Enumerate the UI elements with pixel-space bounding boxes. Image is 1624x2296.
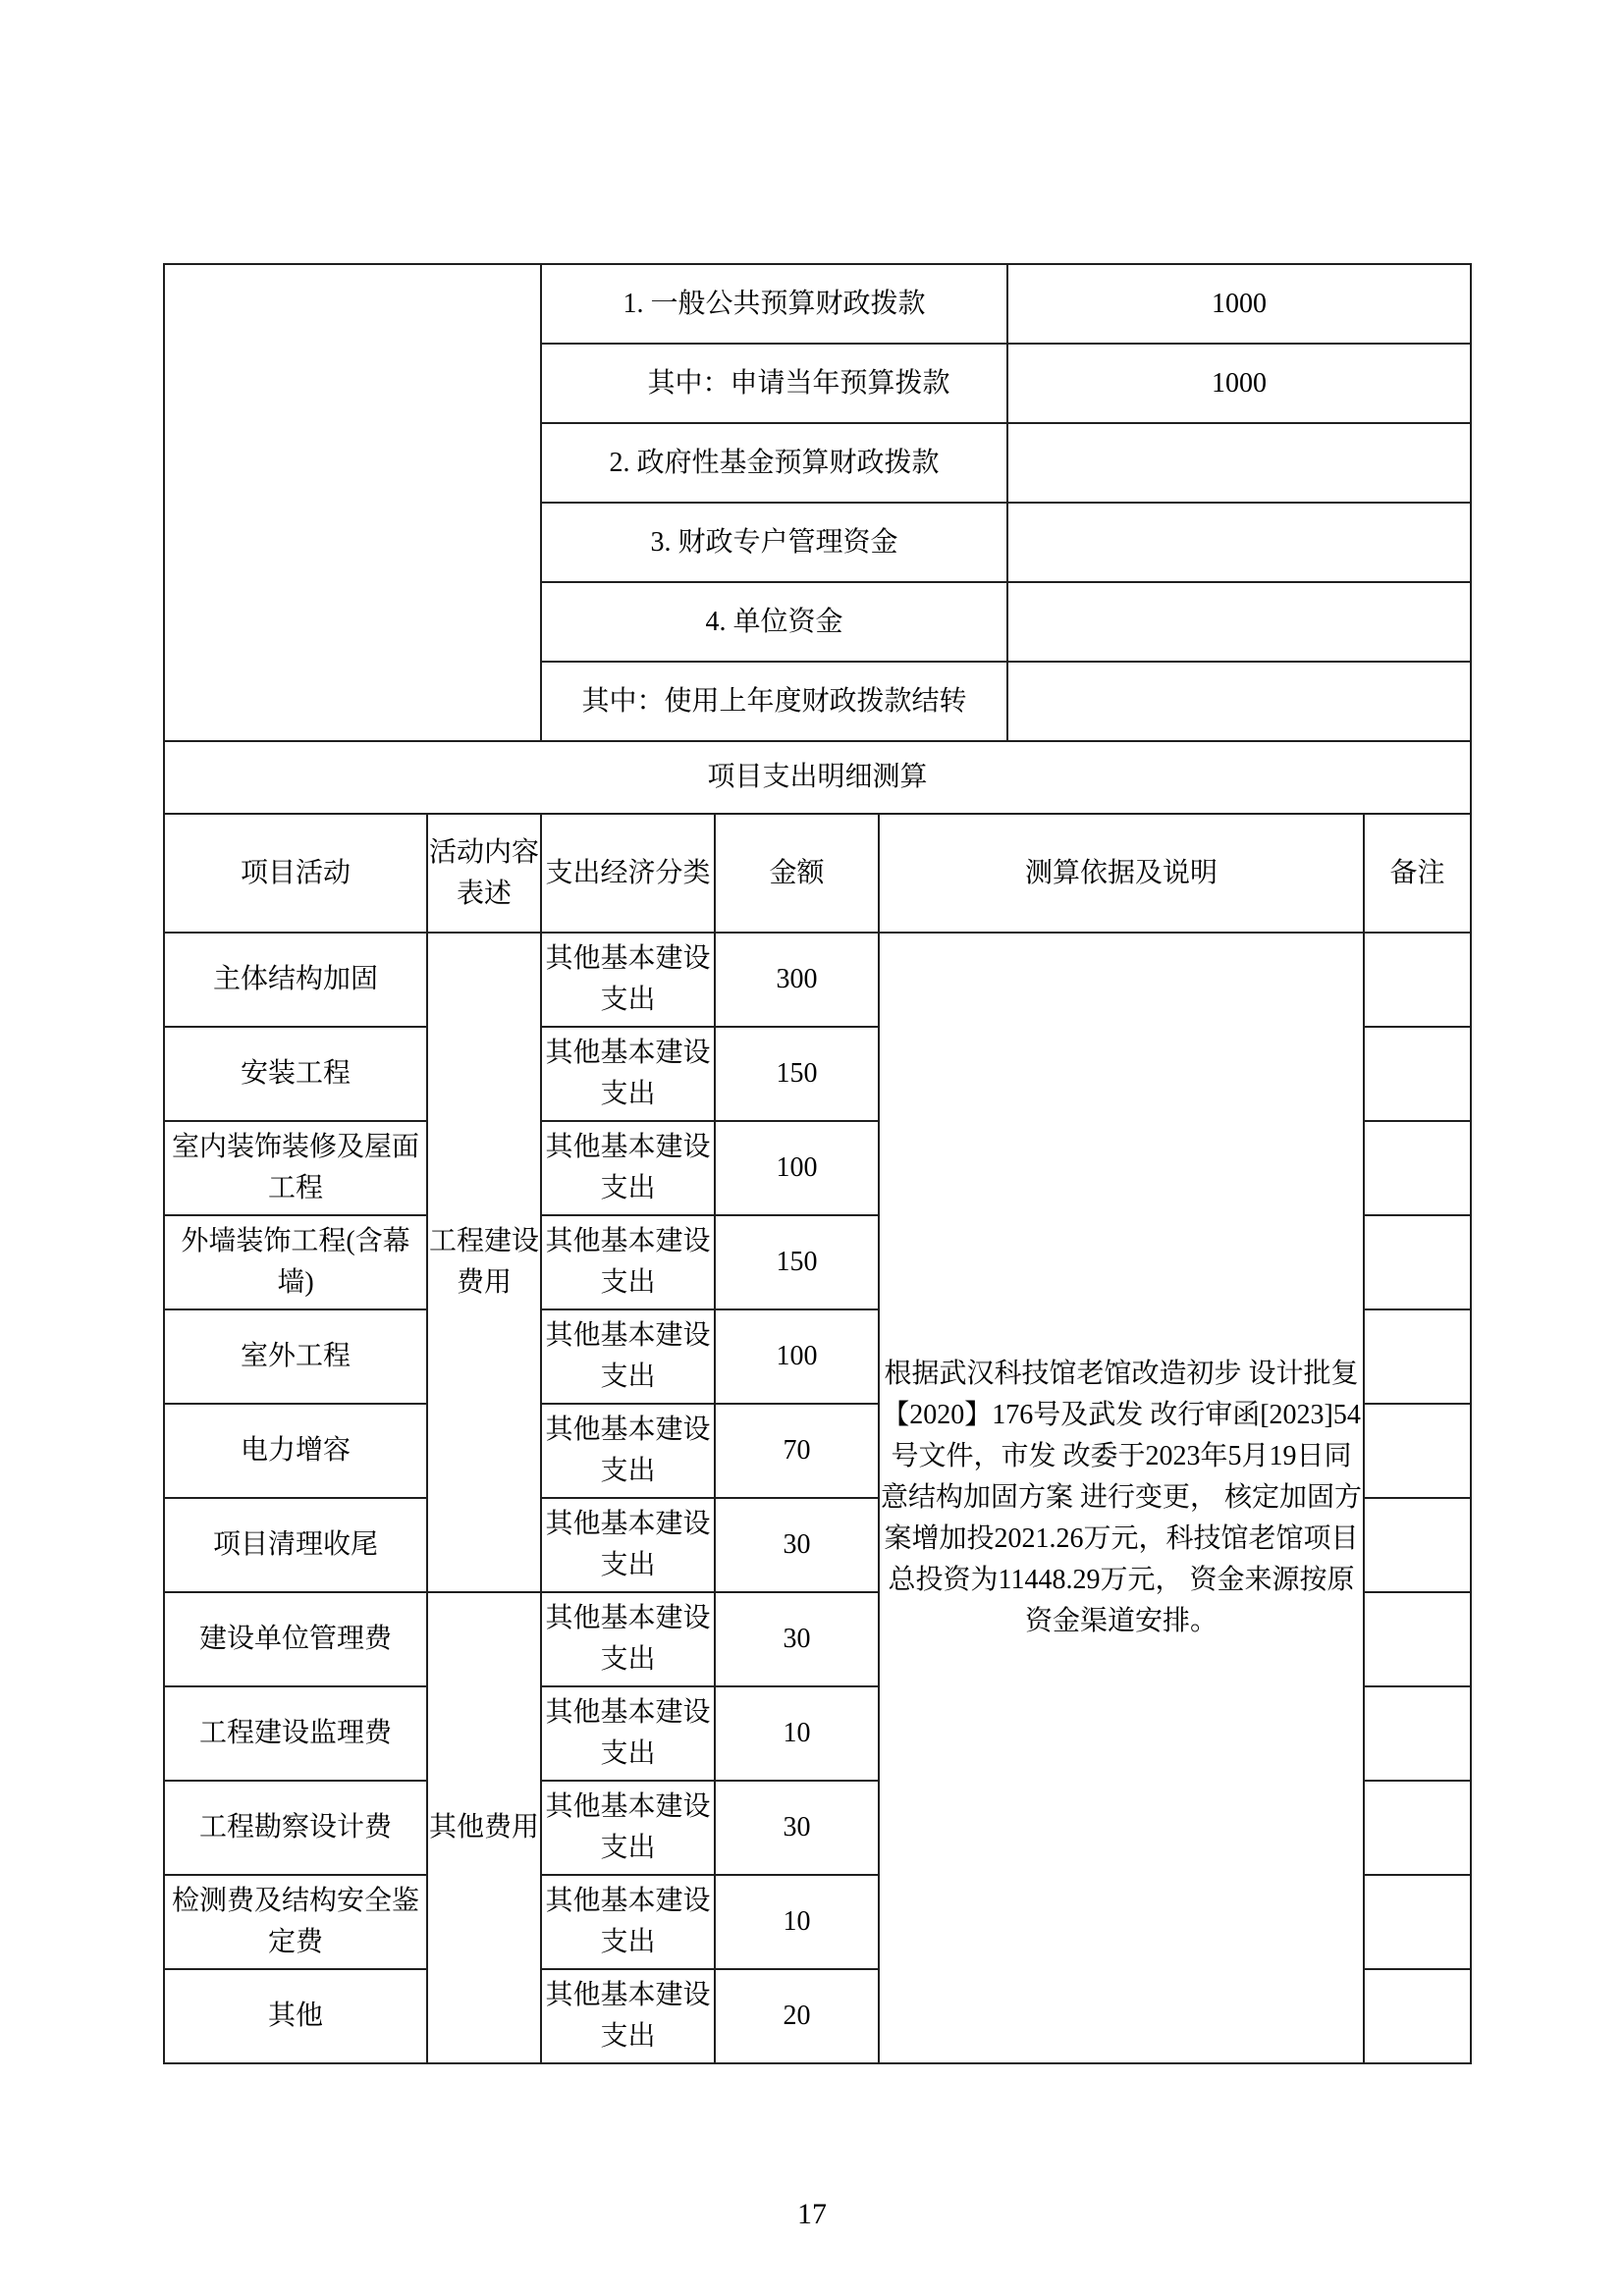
funding-label: 2. 政府性基金预算财政拨款: [541, 423, 1007, 503]
amount-cell: 30: [715, 1781, 879, 1875]
remark-cell: [1364, 1781, 1471, 1875]
column-header-econ-class: 支出经济分类: [541, 814, 715, 933]
activity-cell: 外墙装饰工程(含幕墙): [164, 1215, 427, 1309]
activity-cell: 安装工程: [164, 1027, 427, 1121]
funding-value: [1007, 662, 1471, 741]
funding-value: 1000: [1007, 264, 1471, 344]
amount-cell: 10: [715, 1686, 879, 1781]
econ-class-cell: 其他基本建设支出: [541, 1215, 715, 1309]
section-title: 项目支出明细测算: [164, 741, 1471, 814]
funding-value: [1007, 423, 1471, 503]
econ-class-cell: 其他基本建设支出: [541, 1875, 715, 1969]
column-header-remark: 备注: [1364, 814, 1471, 933]
econ-class-cell: 其他基本建设支出: [541, 1592, 715, 1686]
funding-label: 4. 单位资金: [541, 582, 1007, 662]
amount-cell: 100: [715, 1309, 879, 1404]
column-header-content: 活动内容表述: [427, 814, 541, 933]
amount-cell: 100: [715, 1121, 879, 1215]
funding-value: [1007, 582, 1471, 662]
econ-class-cell: 其他基本建设支出: [541, 1027, 715, 1121]
remark-cell: [1364, 1215, 1471, 1309]
remark-cell: [1364, 1686, 1471, 1781]
remark-cell: [1364, 1121, 1471, 1215]
econ-class-cell: 其他基本建设支出: [541, 1498, 715, 1592]
activity-cell: 主体结构加固: [164, 933, 427, 1027]
remark-cell: [1364, 1592, 1471, 1686]
remark-cell: [1364, 933, 1471, 1027]
amount-cell: 10: [715, 1875, 879, 1969]
econ-class-cell: 其他基本建设支出: [541, 1781, 715, 1875]
remark-cell: [1364, 1498, 1471, 1592]
amount-cell: 70: [715, 1404, 879, 1498]
funding-value: [1007, 503, 1471, 582]
econ-class-cell: 其他基本建设支出: [541, 933, 715, 1027]
remark-cell: [1364, 1404, 1471, 1498]
column-header-basis: 测算依据及说明: [879, 814, 1364, 933]
section-header-row: 项目支出明细测算: [164, 741, 1471, 814]
econ-class-cell: 其他基本建设支出: [541, 1309, 715, 1404]
funding-row: 1. 一般公共预算财政拨款 1000: [164, 264, 1471, 344]
remark-cell: [1364, 1969, 1471, 2063]
funding-value: 1000: [1007, 344, 1471, 423]
remark-cell: [1364, 1875, 1471, 1969]
econ-class-cell: 其他基本建设支出: [541, 1969, 715, 2063]
column-header-row: 项目活动 活动内容表述 支出经济分类 金额 测算依据及说明 备注: [164, 814, 1471, 933]
activity-cell: 建设单位管理费: [164, 1592, 427, 1686]
funding-label: 其中：申请当年预算拨款: [541, 344, 1007, 423]
amount-cell: 150: [715, 1027, 879, 1121]
category-cell-other: 其他费用: [427, 1592, 541, 2063]
activity-cell: 其他: [164, 1969, 427, 2063]
table-row: 主体结构加固 工程建设费用 其他基本建设支出 300 根据武汉科技馆老馆改造初步…: [164, 933, 1471, 1027]
budget-table: 1. 一般公共预算财政拨款 1000 其中：申请当年预算拨款 1000 2. 政…: [163, 263, 1472, 2064]
category-cell-construction: 工程建设费用: [427, 933, 541, 1592]
activity-cell: 电力增容: [164, 1404, 427, 1498]
econ-class-cell: 其他基本建设支出: [541, 1121, 715, 1215]
amount-cell: 30: [715, 1592, 879, 1686]
funding-label: 3. 财政专户管理资金: [541, 503, 1007, 582]
funding-blank-cell: [164, 264, 541, 741]
basis-note-cell: 根据武汉科技馆老馆改造初步 设计批复【2020】176号及武发 改行审函[202…: [879, 933, 1364, 2063]
column-header-amount: 金额: [715, 814, 879, 933]
activity-cell: 工程勘察设计费: [164, 1781, 427, 1875]
page-number: 17: [0, 2197, 1624, 2232]
activity-cell: 室内装饰装修及屋面工程: [164, 1121, 427, 1215]
econ-class-cell: 其他基本建设支出: [541, 1686, 715, 1781]
column-header-activity: 项目活动: [164, 814, 427, 933]
activity-cell: 检测费及结构安全鉴定费: [164, 1875, 427, 1969]
activity-cell: 室外工程: [164, 1309, 427, 1404]
amount-cell: 20: [715, 1969, 879, 2063]
amount-cell: 300: [715, 933, 879, 1027]
funding-label: 1. 一般公共预算财政拨款: [541, 264, 1007, 344]
amount-cell: 150: [715, 1215, 879, 1309]
activity-cell: 工程建设监理费: [164, 1686, 427, 1781]
amount-cell: 30: [715, 1498, 879, 1592]
funding-label: 其中：使用上年度财政拨款结转: [541, 662, 1007, 741]
remark-cell: [1364, 1309, 1471, 1404]
remark-cell: [1364, 1027, 1471, 1121]
econ-class-cell: 其他基本建设支出: [541, 1404, 715, 1498]
activity-cell: 项目清理收尾: [164, 1498, 427, 1592]
